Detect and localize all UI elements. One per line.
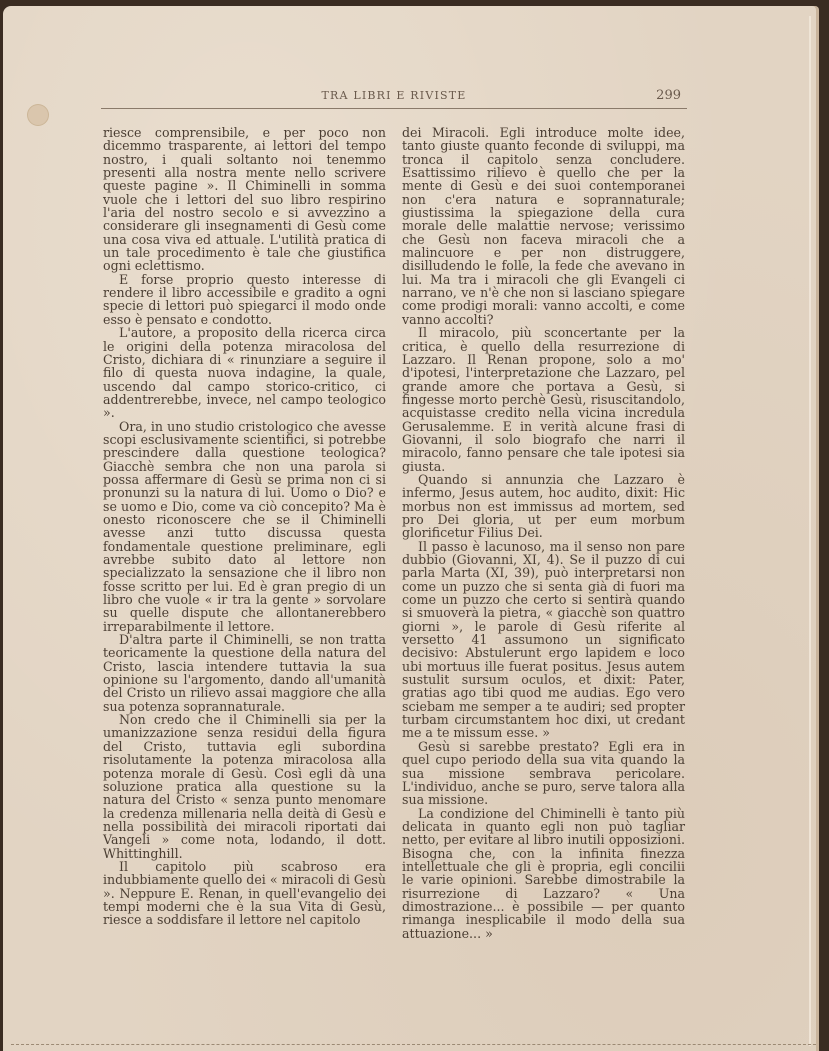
bottom-edge-rule (11, 1044, 816, 1045)
paragraph: Il capitolo più scabroso era indubbiamen… (103, 860, 386, 927)
paragraph: Il passo è lacunoso, ma il senso non par… (402, 540, 685, 740)
paragraph: Gesù si sarebbe prestato? Egli era in qu… (402, 740, 685, 807)
paragraph: riesce comprensibile, e per poco non dic… (103, 126, 386, 273)
paragraph: Quando si annunzia che Lazzaro è infermo… (402, 473, 685, 540)
paragraph: dei Miracoli. Egli introduce molte idee,… (402, 126, 685, 326)
page-edge (809, 16, 811, 1046)
paragraph: Ora, in uno studio cristologico che aves… (103, 420, 386, 634)
paragraph: Non credo che il Chiminelli sia per la u… (103, 713, 386, 860)
book-page: TRA LIBRI E RIVISTE 299 riesce comprensi… (3, 6, 819, 1051)
paragraph: La condizione del Chiminelli è tanto più… (402, 807, 685, 940)
left-column: riesce comprensibile, e per poco non dic… (103, 126, 386, 927)
page-header: TRA LIBRI E RIVISTE 299 (101, 86, 687, 109)
right-column: dei Miracoli. Egli introduce molte idee,… (402, 126, 685, 940)
paragraph: D'altra parte il Chiminelli, se non trat… (103, 633, 386, 713)
running-title: TRA LIBRI E RIVISTE (101, 89, 687, 102)
paragraph: E forse proprio questo interesse di rend… (103, 273, 386, 326)
paragraph: L'autore, a proposito della ricerca circ… (103, 326, 386, 419)
page-number: 299 (656, 88, 681, 103)
paragraph: Il miracolo, più sconcertante per la cri… (402, 326, 685, 473)
paper-stain (27, 104, 49, 126)
